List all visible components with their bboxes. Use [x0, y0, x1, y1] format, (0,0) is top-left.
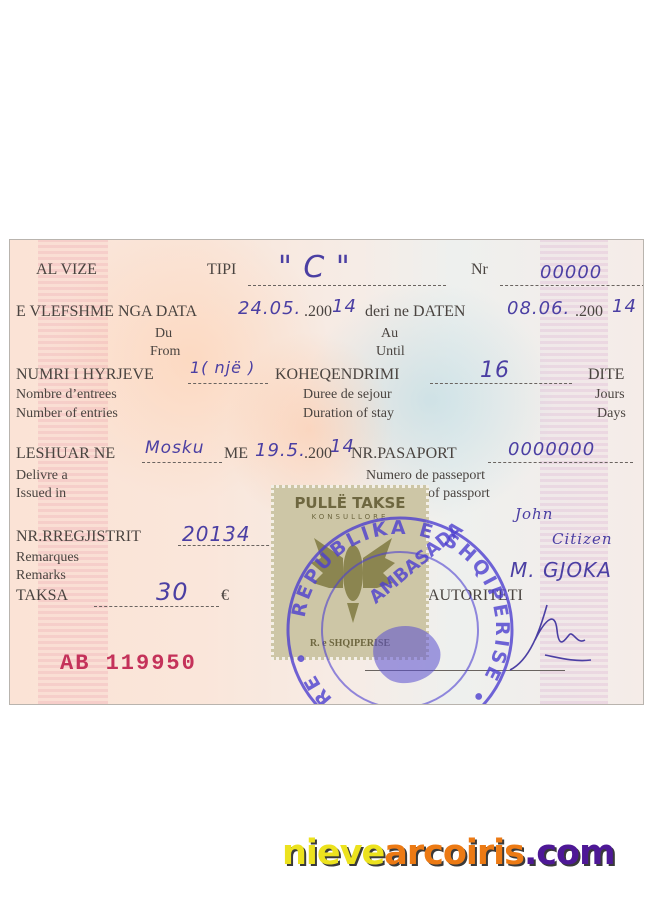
issued-in-fr: Delivre a	[16, 468, 68, 484]
watermark-logo: nievearcoiris.com	[282, 833, 615, 873]
issued-on-label: ME	[224, 445, 248, 463]
issued-in-underline	[142, 462, 222, 463]
valid-from-en: From	[150, 344, 180, 360]
entries-en: Number of entries	[16, 406, 118, 422]
fee-value: 30	[156, 578, 189, 606]
valid-from-year-prefix: .200	[304, 303, 332, 321]
valid-until-label: deri ne DATEN	[365, 303, 465, 321]
fee-currency: €	[221, 587, 229, 605]
visa-label: AL VIZE	[36, 261, 97, 279]
nr-value: 00000	[540, 262, 602, 283]
registry-en: Remarks	[16, 568, 66, 584]
issued-in-en: Issued in	[16, 486, 66, 502]
fee-underline	[94, 606, 219, 607]
duration-fr: Duree de sejour	[303, 387, 392, 403]
valid-from-label: E VLEFSHME NGA DATA	[16, 303, 197, 321]
logo-part-nieve: nieve	[282, 833, 384, 873]
type-underline	[248, 285, 446, 286]
duration-underline	[430, 383, 572, 384]
valid-until-fr: Au	[381, 326, 398, 342]
duration-value: 16	[480, 358, 510, 383]
duration-unit-fr: Jours	[595, 387, 625, 403]
duration-unit: DITE	[588, 366, 624, 384]
passport-value: 0000000	[508, 439, 595, 460]
logo-part-arcoiris: arcoiris	[384, 833, 524, 873]
entries-label: NUMRI I HYRJEVE	[16, 366, 154, 384]
entries-fr: Nombre d’entrees	[16, 387, 117, 403]
passport-underline	[488, 462, 633, 463]
entries-value: 1( një )	[190, 358, 255, 377]
serial-number: AB 119950	[60, 651, 197, 676]
issued-on-year-prefix: .200	[304, 445, 332, 463]
type-value: " C "	[278, 250, 351, 285]
nr-label: Nr	[471, 261, 488, 279]
valid-until-year-prefix: .200	[575, 303, 603, 321]
valid-until-value: 08.06.	[507, 298, 570, 319]
registry-fr: Remarques	[16, 550, 79, 566]
signer-name: M. GJOKA	[510, 558, 612, 582]
holder-last-name: Citizen	[552, 530, 613, 548]
passport-label: NR.PASAPORT	[351, 445, 457, 463]
issued-on-value: 19.5.	[255, 440, 306, 461]
embassy-seal-icon: REPUBLIKA E SHQIPERISE • KONSULLORE • MO…	[280, 510, 520, 705]
logo-part-com: .com	[524, 833, 615, 873]
holder-first-name: John	[515, 505, 553, 523]
valid-from-value: 24.05.	[238, 298, 301, 319]
valid-until-en: Until	[376, 344, 405, 360]
registry-value: 20134	[182, 522, 251, 546]
issued-in-value: Mosku	[145, 438, 205, 458]
valid-from-year: 14	[332, 296, 357, 317]
valid-until-year: 14	[612, 296, 637, 317]
passport-fr: Numero de passeport	[366, 468, 485, 484]
duration-en: Duration of stay	[303, 406, 394, 422]
duration-label: KOHEQENDRIMI	[275, 366, 399, 384]
type-label: TIPI	[207, 261, 236, 279]
visa-document: AL VIZE TIPI " C " Nr 00000 E VLEFSHME N…	[9, 239, 644, 705]
issued-in-label: LESHUAR NE	[16, 445, 115, 463]
registry-label: NR.RREGJISTRIT	[16, 528, 141, 546]
nr-underline	[500, 285, 644, 286]
fee-label: TAKSA	[16, 587, 68, 605]
passport-en: of passport	[428, 486, 490, 502]
entries-underline	[188, 383, 268, 384]
duration-unit-en: Days	[597, 406, 626, 422]
valid-from-fr: Du	[155, 326, 172, 342]
